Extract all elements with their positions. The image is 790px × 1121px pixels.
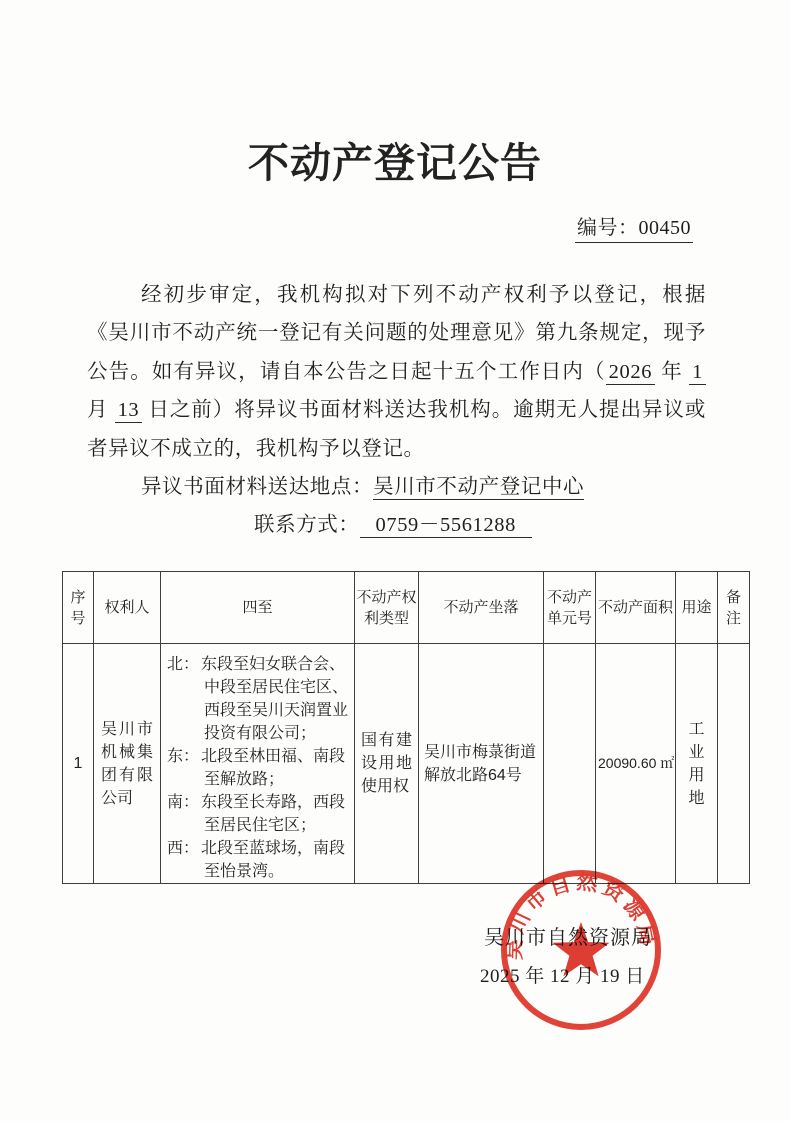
header-unit-no: 不动产单元号 — [544, 572, 596, 644]
delivery-address-line: 异议书面材料送达地点：吴川市不动产登记中心 — [87, 468, 706, 506]
issuer-name: 吴川市自然资源局 — [484, 921, 652, 950]
cell-right-type: 国有建设用地使用权 — [355, 644, 419, 884]
cell-usage: 工业用地 — [676, 644, 718, 884]
delivery-address-value: 吴川市不动产登记中心 — [373, 476, 584, 500]
boundary-south: 南：东段至长寿路，西段至居民住宅区； — [167, 791, 350, 837]
paragraph-segment: 年 — [655, 361, 689, 383]
document-page: 不动产登记公告 编号：00450 经初步审定，我机构拟对下列不动产权利予以登记，… — [0, 0, 790, 1121]
boundary-east: 东：北段至林田福、南段至解放路； — [167, 745, 350, 791]
issue-date: 2025 年 12 月 19 日 — [480, 961, 645, 988]
registration-table: 序号 权利人 四至 不动产权利类型 不动产坐落 不动产单元号 不动产面积 用途 … — [62, 571, 750, 884]
doc-number-value: 00450 — [639, 217, 692, 239]
header-usage: 用途 — [676, 572, 718, 644]
doc-number: 编号：00450 — [575, 211, 693, 243]
header-right-type: 不动产权利类型 — [355, 572, 419, 644]
cell-area: 20090.60 ㎡ — [596, 644, 676, 884]
cell-holder: 吴川市机械集团有限公司 — [94, 644, 161, 884]
cell-index: 1 — [63, 644, 94, 884]
cell-boundaries: 北：东段至妇女联合会、中段至居民住宅区、西段至吴川天润置业投资有限公司； 东：北… — [161, 644, 355, 884]
header-location: 不动产坐落 — [419, 572, 544, 644]
announcement-paragraph: 经初步审定，我机构拟对下列不动产权利予以登记，根据《吴川市不动产统一登记有关问题… — [87, 276, 706, 468]
contact-phone-value: 0759－5561288 — [360, 514, 532, 538]
seal-ring — [504, 873, 658, 1027]
deadline-year: 2026 — [606, 361, 655, 385]
table-row: 1 吴川市机械集团有限公司 北：东段至妇女联合会、中段至居民住宅区、西段至吴川天… — [63, 644, 750, 884]
cell-remark — [718, 644, 750, 884]
contact-label: 联系方式： — [254, 514, 360, 536]
deadline-day: 13 — [115, 399, 143, 423]
header-index: 序号 — [63, 572, 94, 644]
announcement-body: 经初步审定，我机构拟对下列不动产权利予以登记，根据《吴川市不动产统一登记有关问题… — [87, 276, 706, 545]
cell-unit-no — [544, 644, 596, 884]
boundary-north: 北：东段至妇女联合会、中段至居民住宅区、西段至吴川天润置业投资有限公司； — [167, 653, 350, 745]
page-title: 不动产登记公告 — [0, 130, 790, 189]
paragraph-segment: 日之前）将异议书面材料送达我机构。逾期无人提出异议或者异议不成立的，我机构予以登… — [87, 399, 706, 459]
header-boundaries: 四至 — [161, 572, 355, 644]
cell-location: 吴川市梅菉街道解放北路64号 — [419, 644, 544, 884]
deadline-month: 1 — [689, 361, 706, 385]
contact-line: 联系方式：0759－5561288 — [87, 506, 706, 544]
table-header-row: 序号 权利人 四至 不动产权利类型 不动产坐落 不动产单元号 不动产面积 用途 … — [63, 572, 750, 644]
paragraph-segment: 月 — [87, 399, 115, 421]
header-area: 不动产面积 — [596, 572, 676, 644]
delivery-address-label: 异议书面材料送达地点： — [141, 476, 373, 498]
header-holder: 权利人 — [94, 572, 161, 644]
doc-number-label: 编号： — [577, 217, 639, 239]
header-remark: 备注 — [718, 572, 750, 644]
boundary-west: 西：北段至蓝球场，南段至怡景湾。 — [167, 837, 350, 883]
